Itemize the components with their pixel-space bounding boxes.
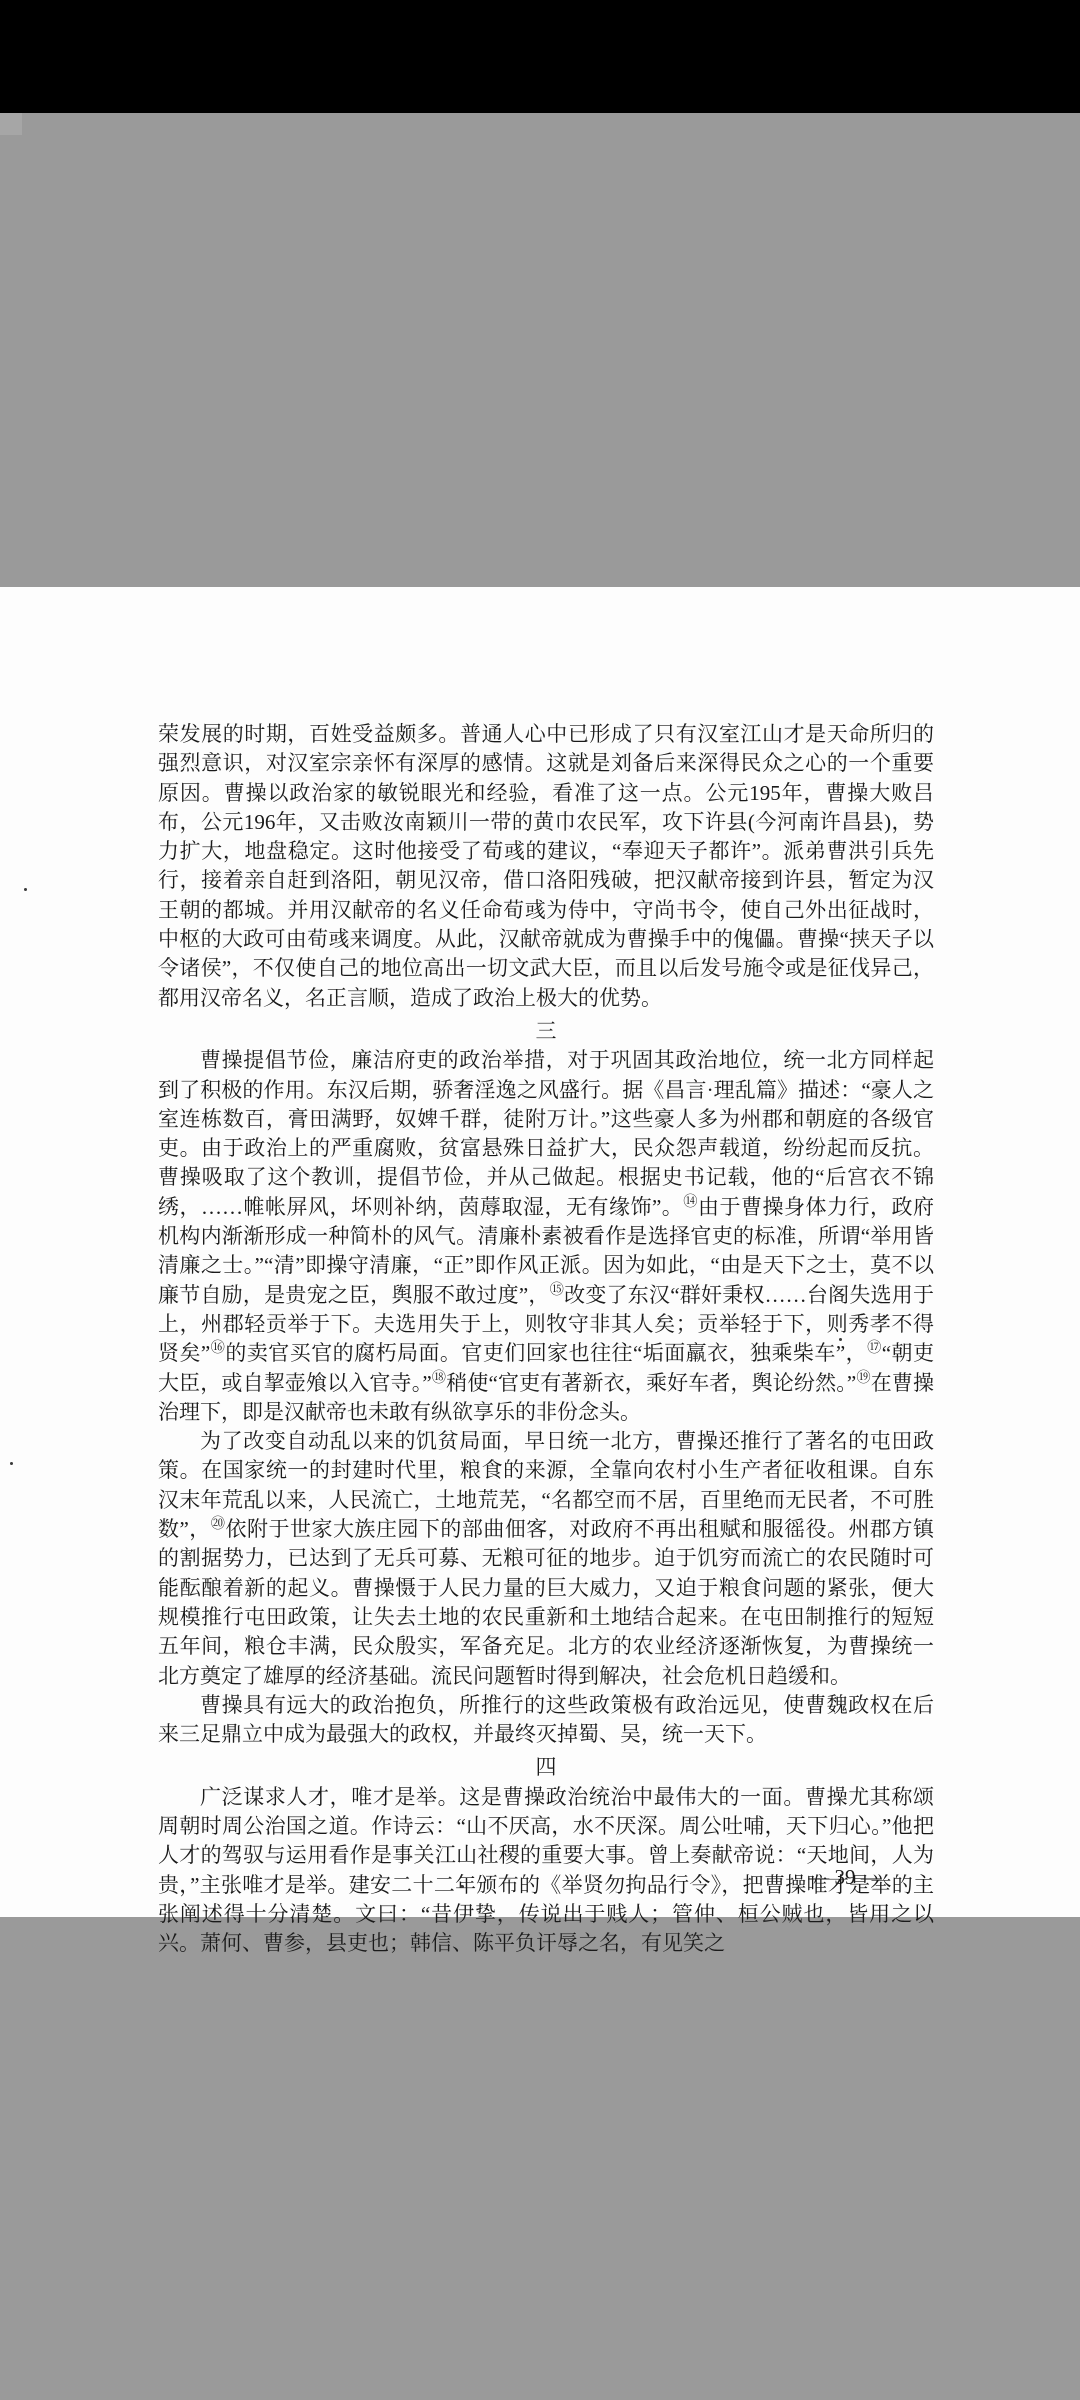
section-heading: 四 [158, 1753, 934, 1782]
paragraph: 荣发展的时期，百姓受益颇多。普通人心中已形成了只有汉室江山才是天命所归的强烈意识… [158, 720, 934, 1013]
footnote-ref: ⑮ [550, 1282, 565, 1298]
footnote-ref: ⑲ [856, 1370, 871, 1386]
scan-speck [10, 1462, 13, 1465]
paragraph: 曹操具有远大的政治抱负，所推行的这些政策极有政治远见，使曹魏政权在后来三足鼎立中… [158, 1691, 934, 1750]
section-heading: 三 [158, 1017, 934, 1046]
letterbox-top-bar [0, 0, 1080, 113]
scanned-book-screen: 荣发展的时期，百姓受益颇多。普通人心中已形成了只有汉室江山才是天命所归的强烈意识… [0, 0, 1080, 2400]
footnote-ref: ⑭ [683, 1194, 698, 1210]
page-number: — 39 — [790, 1863, 900, 1892]
scan-speck [460, 1885, 464, 1888]
paragraph: 曹操提倡节俭，廉洁府吏的政治举措，对于巩固其政治地位，统一北方同样起到了积极的作… [158, 1046, 934, 1427]
book-page: 荣发展的时期，百姓受益颇多。普通人心中已形成了只有汉室江山才是天命所归的强烈意识… [0, 587, 1080, 1917]
footnote-ref: ⑱ [432, 1370, 447, 1386]
scan-corner-artifact [0, 113, 22, 135]
footnote-ref: ⑰ [867, 1340, 882, 1356]
text-block: 荣发展的时期，百姓受益颇多。普通人心中已形成了只有汉室江山才是天命所归的强烈意识… [158, 720, 934, 1958]
footnote-ref: ⑳ [211, 1516, 226, 1532]
scan-speck [839, 1338, 842, 1341]
paragraph: 为了改变自动乱以来的饥贫局面，早日统一北方，曹操还推行了著名的屯田政策。在国家统… [158, 1427, 934, 1691]
footnote-ref: ⑯ [210, 1340, 225, 1356]
scan-speck [24, 888, 27, 891]
